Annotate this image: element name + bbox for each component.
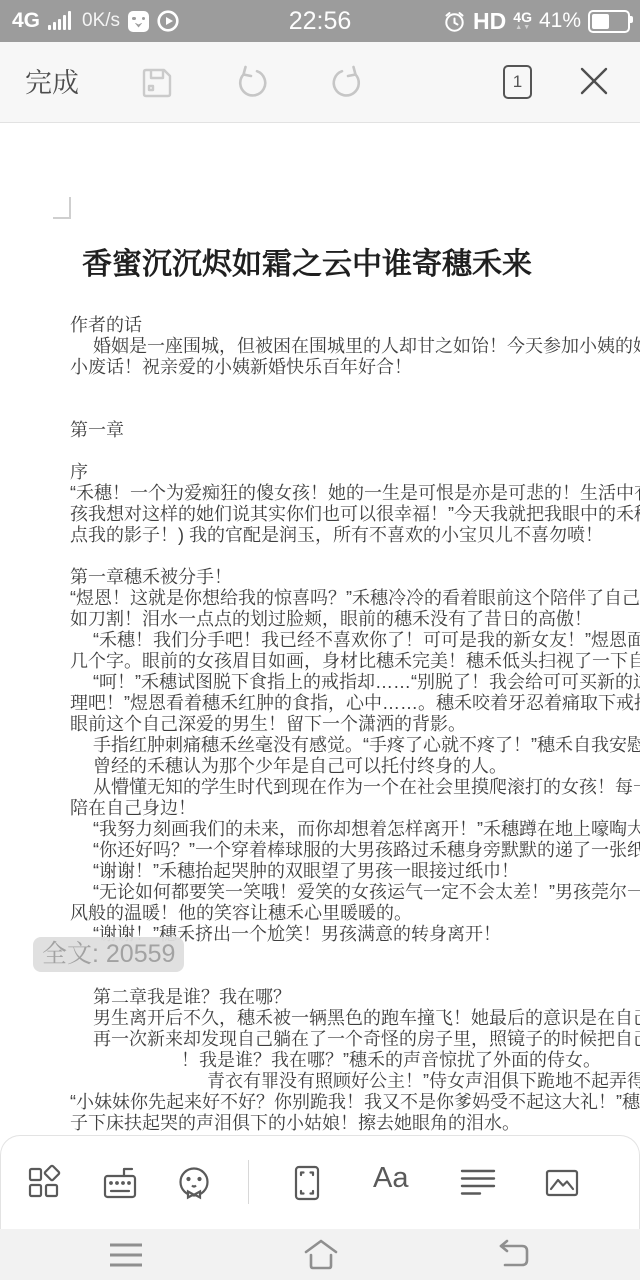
home-icon[interactable] <box>302 1238 340 1272</box>
document-line: “小妹妹你先起来好不好？你别跪我！我又不是你爹妈受不起这大礼！”穗禾滚光着脚丫 <box>0 1092 640 1113</box>
document-line: 陪在自己身边！ <box>0 798 640 819</box>
save-icon[interactable] <box>138 64 176 102</box>
toolbar-divider <box>248 1160 249 1204</box>
document-line: 如刀割！泪水一点点的划过脸颊，眼前的穗禾没有了昔日的高傲！ <box>0 609 640 630</box>
document-line <box>0 399 640 420</box>
document-editor[interactable]: 香蜜沉沉烬如霜之云中谁寄穗禾来 作者的话婚姻是一座围城，但被困在围城里的人却甘之… <box>0 123 640 1280</box>
document-line: “我努力刻画我们的未来，而你却想着怎样离开！”禾穗蹲在地上嚎啕大哭！ <box>0 819 640 840</box>
emoji-icon[interactable] <box>174 1163 214 1203</box>
status-bar: 4G 0K/s 22:56 <box>0 0 640 42</box>
redo-icon[interactable] <box>328 64 366 102</box>
page-count-box[interactable]: 1 <box>503 65 532 99</box>
document-line: 第一章穗禾被分手！ <box>0 567 640 588</box>
data-arrows-icon: ▲▼ <box>515 24 531 31</box>
document-line: “呵！”禾穗试图脱下食指上的戒指却……“别脱了！我会给可可买新的这个你自己处 <box>0 672 640 693</box>
system-nav-bar <box>0 1229 640 1280</box>
paragraph-icon[interactable] <box>456 1163 500 1203</box>
phone-screen: { "colors": { "status_bar_bg": "#9c9c9c"… <box>0 0 640 1280</box>
document-line: ！我是谁？我在哪？”穗禾的声音惊扰了外面的侍女。 <box>0 1050 640 1071</box>
done-button[interactable]: 完成 <box>25 61 79 100</box>
document-line: “你还好吗？”一个穿着棒球服的大男孩路过禾穗身旁默默的递了一张纸巾。 <box>0 840 640 861</box>
document-line: 点我的影子！) 我的官配是润玉，所有不喜欢的小宝贝儿不喜勿喷！ <box>0 525 640 546</box>
page-margin-corner-icon <box>53 197 71 219</box>
editing-tool-panel: Aa <box>0 1135 640 1229</box>
document-line: 几个字。眼前的女孩眉目如画，身材比穗禾完美！穗禾低头扫视了一下自己。 <box>0 651 640 672</box>
document-line: 作者的话 <box>0 315 640 336</box>
document-title: 香蜜沉沉烬如霜之云中谁寄穗禾来 <box>82 239 532 283</box>
document-line: 第一章 <box>0 420 640 441</box>
widgets-icon[interactable] <box>24 1163 64 1203</box>
document-line: “禾穗！一个为爱痴狂的傻女孩！她的一生是可恨是亦是可悲的！生活中有许多像禾穗的女 <box>0 483 640 504</box>
document-line: “谢谢！”禾穗抬起哭肿的双眼望了男孩一眼接过纸巾！ <box>0 861 640 882</box>
document-line: 男生离开后不久，穗禾被一辆黑色的跑车撞飞！她最后的意识是在自己流了好多的血 <box>0 1008 640 1029</box>
document-line: 从懵懂无知的学生时代到现在作为一个在社会里摸爬滚打的女孩！每一次的蜕变他都会 <box>0 777 640 798</box>
document-line: 第二章我是谁？我在哪？ <box>0 987 640 1008</box>
page-count-label: 1 <box>513 72 522 92</box>
image-icon[interactable] <box>542 1163 582 1203</box>
keyboard-icon[interactable] <box>100 1163 140 1203</box>
document-line: 曾经的禾穗认为那个少年是自己可以托付终身的人。 <box>0 756 640 777</box>
mobile-data-indicator: 4G▲▼ <box>513 9 532 25</box>
document-line: “无论如何都要笑一笑哦！爱笑的女孩运气一定不会太差！”男孩莞尔一笑给人如沐春 <box>0 882 640 903</box>
document-line: 小废话！祝亲爱的小姨新婚快乐百年好合！ <box>0 357 640 378</box>
editor-toolbar: 完成 1 <box>0 42 640 123</box>
alarm-clock-icon <box>443 10 466 33</box>
recents-icon[interactable] <box>108 1238 144 1272</box>
back-icon[interactable] <box>496 1238 532 1272</box>
word-count-badge: 全文: 20559 <box>33 937 184 972</box>
hd-indicator: HD <box>473 8 506 35</box>
close-icon[interactable] <box>577 64 611 98</box>
battery-icon <box>588 10 630 33</box>
document-line <box>0 441 640 462</box>
document-line: 手指红肿刺痛穗禾丝毫没有感觉。“手疼了心就不疼了！”穗禾自我安慰。 <box>0 735 640 756</box>
battery-percent-label: 41% <box>539 9 581 33</box>
document-line: 青衣有罪没有照顾好公主！”侍女声泪俱下跪地不起弄得穗禾不知所措！ <box>0 1071 640 1092</box>
document-line <box>0 546 640 567</box>
document-line: 再一次新来却发现自己躺在了一个奇怪的房子里，照镜子的时候把自己吓了一跳。“妈 <box>0 1029 640 1050</box>
document-body: 作者的话婚姻是一座围城，但被困在围城里的人却甘之如饴！今天参加小姨的婚礼有点感触… <box>0 315 640 1134</box>
document-line: 理吧！”煜恩看着穗禾红肿的食指，心中……。穗禾咬着牙忍着痛取下戒指笑着将戒指还给 <box>0 693 640 714</box>
document-line: 风般的温暖！他的笑容让穗禾心里暖暖的。 <box>0 903 640 924</box>
document-line: “煜恩！这就是你想给我的惊喜吗？”禾穗冷冷的看着眼前这个陪伴了自己去年的大男孩心 <box>0 588 640 609</box>
document-line <box>0 378 640 399</box>
page-layout-icon[interactable] <box>287 1163 327 1203</box>
undo-icon[interactable] <box>233 64 271 102</box>
document-line: 序 <box>0 462 640 483</box>
document-line: 子下床扶起哭的声泪俱下的小姑娘！擦去她眼角的泪水。 <box>0 1113 640 1134</box>
document-line: “禾穗！我们分手吧！我已经不喜欢你了！可可是我的新女友！”煜恩面不改色的吐出 <box>0 630 640 651</box>
document-line: 孩我想对这样的她们说其实你们也可以很幸福！”今天我就把我眼中的禾穗写出来！(有一… <box>0 504 640 525</box>
document-line: 眼前这个自己深爱的男生！留下一个潇洒的背影。 <box>0 714 640 735</box>
font-icon[interactable]: Aa <box>373 1162 408 1195</box>
document-line: 婚姻是一座围城，但被困在围城里的人却甘之如饴！今天参加小姨的婚礼有点感触发个 <box>0 336 640 357</box>
